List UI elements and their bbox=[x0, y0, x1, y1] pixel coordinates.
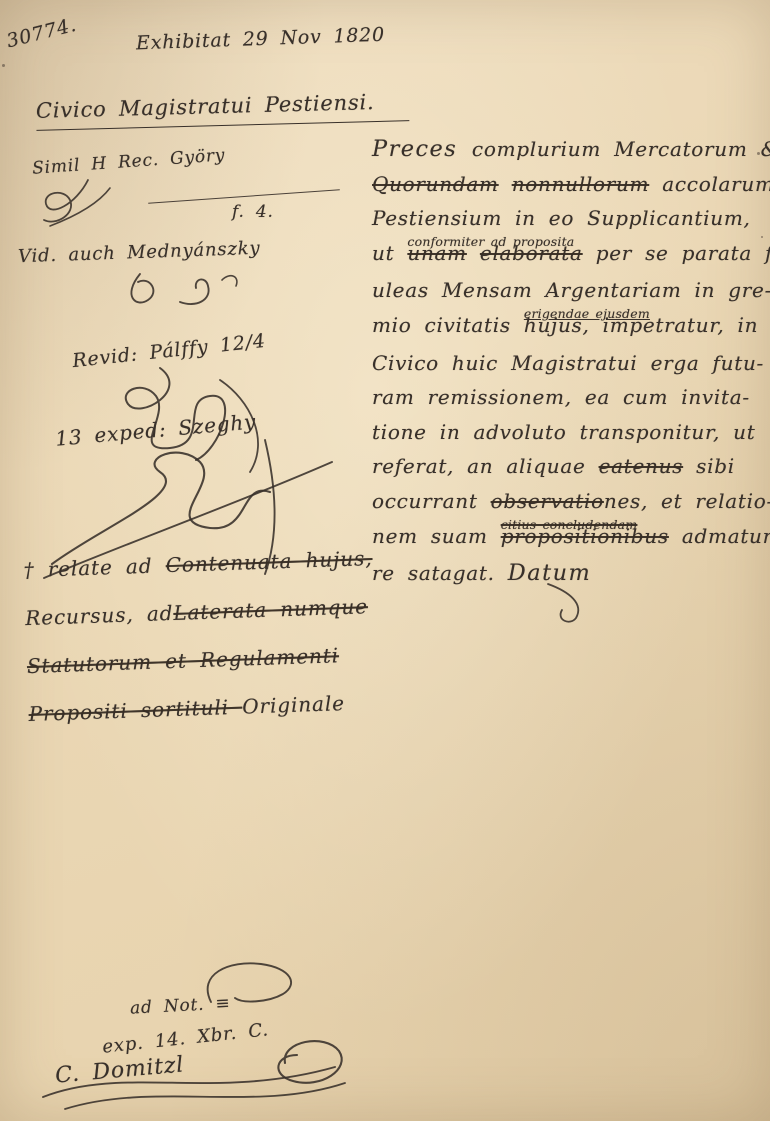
handwriting-text: tione in advoluto transponitur, ut bbox=[372, 420, 755, 444]
handwriting-text: uleas Mensam Argentariam in gre- bbox=[372, 278, 770, 302]
cancelled-note-block: † relate ad Contenuata hujus,Recursus, a… bbox=[23, 534, 379, 738]
paraph-flourish-icon bbox=[110, 262, 250, 314]
struck-text: nonnullorum bbox=[512, 172, 650, 196]
notary-mark: ad Not. ≡ bbox=[130, 993, 232, 1018]
handwriting-text: Recursus, ad bbox=[25, 601, 174, 630]
handwritten-line: Civico huic Magistratui erga futu- bbox=[372, 346, 770, 381]
handwriting-text: per se parata fo- bbox=[583, 241, 770, 265]
struck-text: Statutorum et Regulamenti bbox=[27, 643, 340, 678]
handwriting-text: ram remissionem, ea cum invita- bbox=[372, 385, 750, 409]
handwritten-line: mio civitatis erigendae ejusdemhujus, im… bbox=[372, 308, 770, 346]
body-paragraph: Preces complurium Mercatorum & aliiQuoru… bbox=[372, 132, 770, 591]
handwriting-text: † relate ad bbox=[23, 553, 166, 582]
handwriting-text: Civico huic Magistratui erga futu- bbox=[372, 351, 764, 375]
folio-mark: f. 4. bbox=[232, 202, 274, 222]
handwritten-line: referat, an aliquae eatenus sibi bbox=[372, 449, 770, 484]
handwriting-text bbox=[499, 172, 512, 196]
ink-speck bbox=[761, 236, 763, 238]
struck-text: Propositi sortituli bbox=[28, 695, 242, 726]
struck-text: Quorundam bbox=[372, 172, 499, 196]
handwritten-line: ut conformiter ad propositaunam elaborat… bbox=[372, 236, 770, 274]
handwriting-text: occurrant bbox=[372, 489, 491, 513]
struck-text: Laterata numque bbox=[173, 594, 368, 625]
registry-number: 30774. bbox=[4, 14, 79, 53]
handwritten-line: ram remissionem, ea cum invita- bbox=[372, 380, 770, 415]
handwritten-line: tione in advoluto transponitur, ut bbox=[372, 415, 770, 450]
presentation-date-line: Exhibitat 29 Nov 1820 bbox=[136, 24, 386, 55]
ink-speck bbox=[2, 64, 5, 67]
struck-text: observatio bbox=[491, 489, 604, 513]
paraph-flourish-icon bbox=[36, 174, 116, 232]
handwriting-text: referat, an aliquae bbox=[372, 454, 599, 478]
handwritten-line: Preces complurium Mercatorum & alii bbox=[372, 132, 770, 167]
handwriting-text: ut bbox=[372, 241, 407, 265]
address-line: Civico Magistratui Pestiensi. bbox=[36, 89, 409, 131]
handwriting-text: Pestiensium in eo Supplicantium, bbox=[372, 206, 751, 230]
handwritten-line: Quorundam nonnullorum accolarum bbox=[372, 167, 770, 202]
handwriting-text: re satagat. bbox=[372, 561, 508, 585]
handwritten-line: uleas Mensam Argentariam in gre- bbox=[372, 273, 770, 308]
handwriting-text: nes, et relatio- bbox=[604, 489, 770, 513]
struck-text: eatenus bbox=[599, 454, 684, 478]
handwritten-line: Pestiensium in eo Supplicantium, bbox=[372, 201, 770, 236]
handwriting-text: Preces bbox=[372, 136, 472, 162]
handwriting-text: admatura- bbox=[669, 524, 770, 548]
handwritten-line: nem suam citius concludendampropositioni… bbox=[372, 519, 770, 557]
ink-speck bbox=[757, 152, 760, 155]
handwriting-text: nem suam bbox=[372, 524, 501, 548]
handwriting-text: Originale bbox=[242, 691, 345, 719]
handwritten-line: occurrant observationes, et relatio- bbox=[372, 484, 770, 519]
struck-text: Contenuata hujus, bbox=[165, 546, 373, 577]
datum-flourish-icon bbox=[540, 578, 600, 623]
handwriting-text: complurium Mercatorum & alii bbox=[472, 137, 770, 161]
handwriting-text: accolarum bbox=[649, 172, 770, 196]
signature-paraph-icon bbox=[35, 1025, 355, 1117]
manuscript-page: 30774. Exhibitat 29 Nov 1820 Civico Magi… bbox=[0, 0, 770, 1121]
handwriting-text: mio civitatis bbox=[372, 313, 524, 337]
handwriting-text: sibi bbox=[683, 454, 735, 478]
